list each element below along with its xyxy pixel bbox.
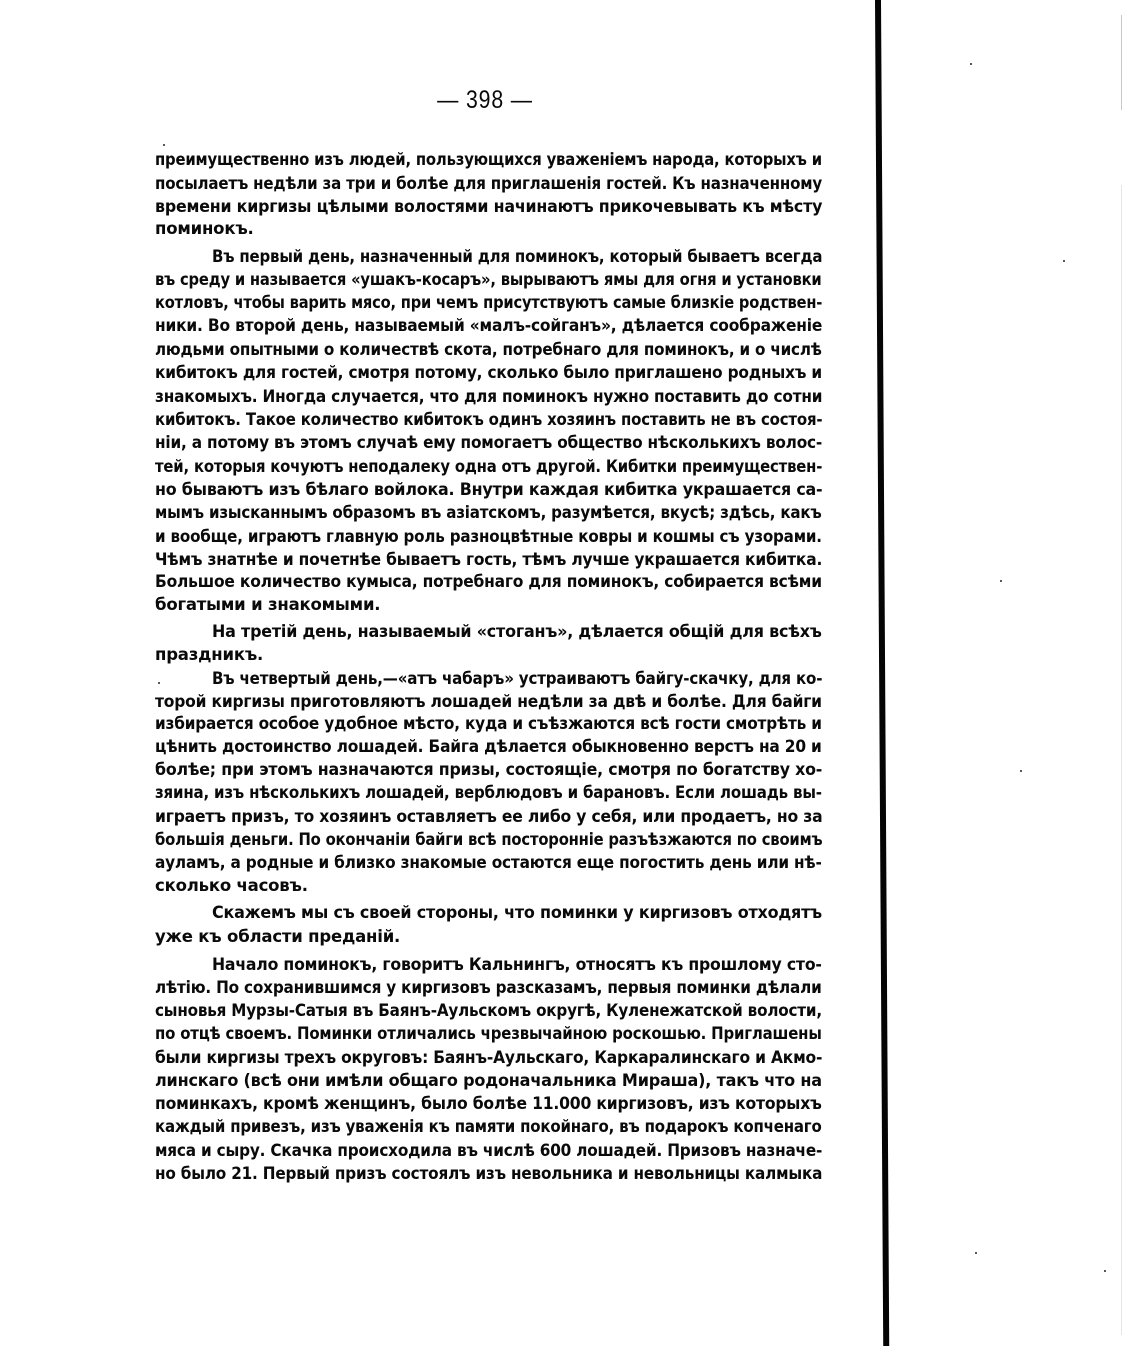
text-line: но было 21. Первый призъ состоялъ изъ не…	[155, 1163, 771, 1185]
binding-edge-rule	[875, 0, 889, 1346]
text-line: и вообще, играютъ главную роль разноцвѣт…	[155, 526, 766, 548]
text-line: кибитокъ. Такое количество кибитокъ один…	[155, 409, 759, 431]
text-line: Начало поминокъ, говоритъ Кальнингъ, отн…	[212, 954, 792, 976]
scan-speck	[970, 63, 972, 65]
text-line: Большое количество кумыса, потребнаго дл…	[155, 571, 780, 593]
scan-speck	[163, 144, 165, 146]
text-line: тей, которыя кочуютъ неподалеку одна отъ…	[155, 456, 755, 478]
text-line: играетъ призъ, то хозяинъ оставляетъ ее …	[155, 806, 785, 828]
page-edge-line-lower	[1121, 185, 1122, 1335]
text-line: каждый привезъ, изъ уваженія къ памяти п…	[155, 1116, 760, 1138]
text-line: мымъ изысканнымъ образомъ въ азіатскомъ,…	[155, 502, 764, 524]
text-line: зяина, изъ нѣсколькихъ лошадей, верблюдо…	[155, 782, 762, 804]
text-line: Чѣмъ знатнѣе и почетнѣе бываетъ гость, т…	[155, 549, 779, 571]
text-line: мяса и сыру. Скачка происходила въ числѣ…	[155, 1140, 772, 1162]
text-line: уже къ области преданій.	[155, 926, 822, 948]
text-line: по отцѣ своемъ. Поминки отличались чрезв…	[155, 1023, 759, 1045]
text-line: Скажемъ мы съ своей стороны, что поминки…	[212, 902, 802, 924]
text-line: ауламъ, а родные и близко знакомые остаю…	[155, 852, 774, 874]
scan-speck	[1000, 580, 1002, 582]
page-edge-line	[1121, 15, 1122, 110]
text-line: знакомыхъ. Иногда случается, что для пом…	[155, 386, 774, 408]
scan-speck	[1063, 260, 1065, 262]
scan-speck	[1020, 770, 1022, 772]
text-line: торой киргизы приготовляютъ лошадей недѣ…	[155, 691, 782, 713]
text-line: лѣтію. По сохранившимся у киргизовъ разс…	[155, 977, 771, 999]
text-line: въ среду и называется «ушакъ-косаръ», вы…	[155, 269, 751, 291]
text-line: большія деньги. По окончаніи байги всѣ п…	[155, 829, 752, 851]
text-line: преимущественно изъ людей, пользующихся …	[155, 149, 754, 171]
text-line: Въ первый день, назначенный для поминокъ…	[212, 246, 766, 268]
text-line: кибитокъ для гостей, смотря потому, скол…	[155, 362, 776, 384]
text-line: праздникъ.	[155, 644, 822, 666]
scan-speck	[158, 682, 160, 684]
text-line: ніи, а потому въ этомъ случаѣ ему помога…	[155, 432, 774, 454]
text-line: времени киргизы цѣлыми волостями начинаю…	[155, 196, 794, 218]
text-line: посылаетъ недѣли за три и болѣе для приг…	[155, 173, 764, 195]
text-line: поминкахъ, кромѣ женщинъ, было болѣе 11.…	[155, 1093, 785, 1115]
text-line: На третій день, называемый «стоганъ», дѣ…	[212, 621, 801, 643]
text-line: избирается особое удобное мѣсто, куда и …	[155, 713, 773, 735]
text-line: сыновья Мурзы-Сатыя въ Баянъ-Аульскомъ о…	[155, 1000, 768, 1022]
text-line: цѣнить достоинство лошадей. Байга дѣлает…	[155, 736, 778, 758]
text-line: болѣе; при этомъ назначаются призы, сост…	[155, 759, 793, 781]
text-line: сколько часовъ.	[155, 875, 822, 897]
text-line: поминокъ.	[155, 218, 822, 240]
text-line: котловъ, чтобы варить мясо, при чемъ при…	[155, 292, 747, 314]
text-line: богатыми и знакомыми.	[155, 594, 822, 616]
text-line: ники. Во второй день, называемый «малъ-с…	[155, 315, 779, 337]
text-line: Въ четвертый день,—«атъ чабаръ» устраива…	[212, 668, 769, 690]
scan-speck	[1104, 1270, 1106, 1272]
page-number: — 398 —	[73, 86, 898, 115]
text-line: были киргизы трехъ округовъ: Баянъ-Аульс…	[155, 1047, 781, 1069]
text-line: но бываютъ изъ бѣлаго войлока. Внутри ка…	[155, 479, 796, 501]
text-line: линскаго (всѣ они имѣли общаго родоначал…	[155, 1070, 804, 1092]
text-line: людьми опытными о количествѣ скота, потр…	[155, 339, 768, 361]
scan-speck	[975, 1252, 977, 1254]
